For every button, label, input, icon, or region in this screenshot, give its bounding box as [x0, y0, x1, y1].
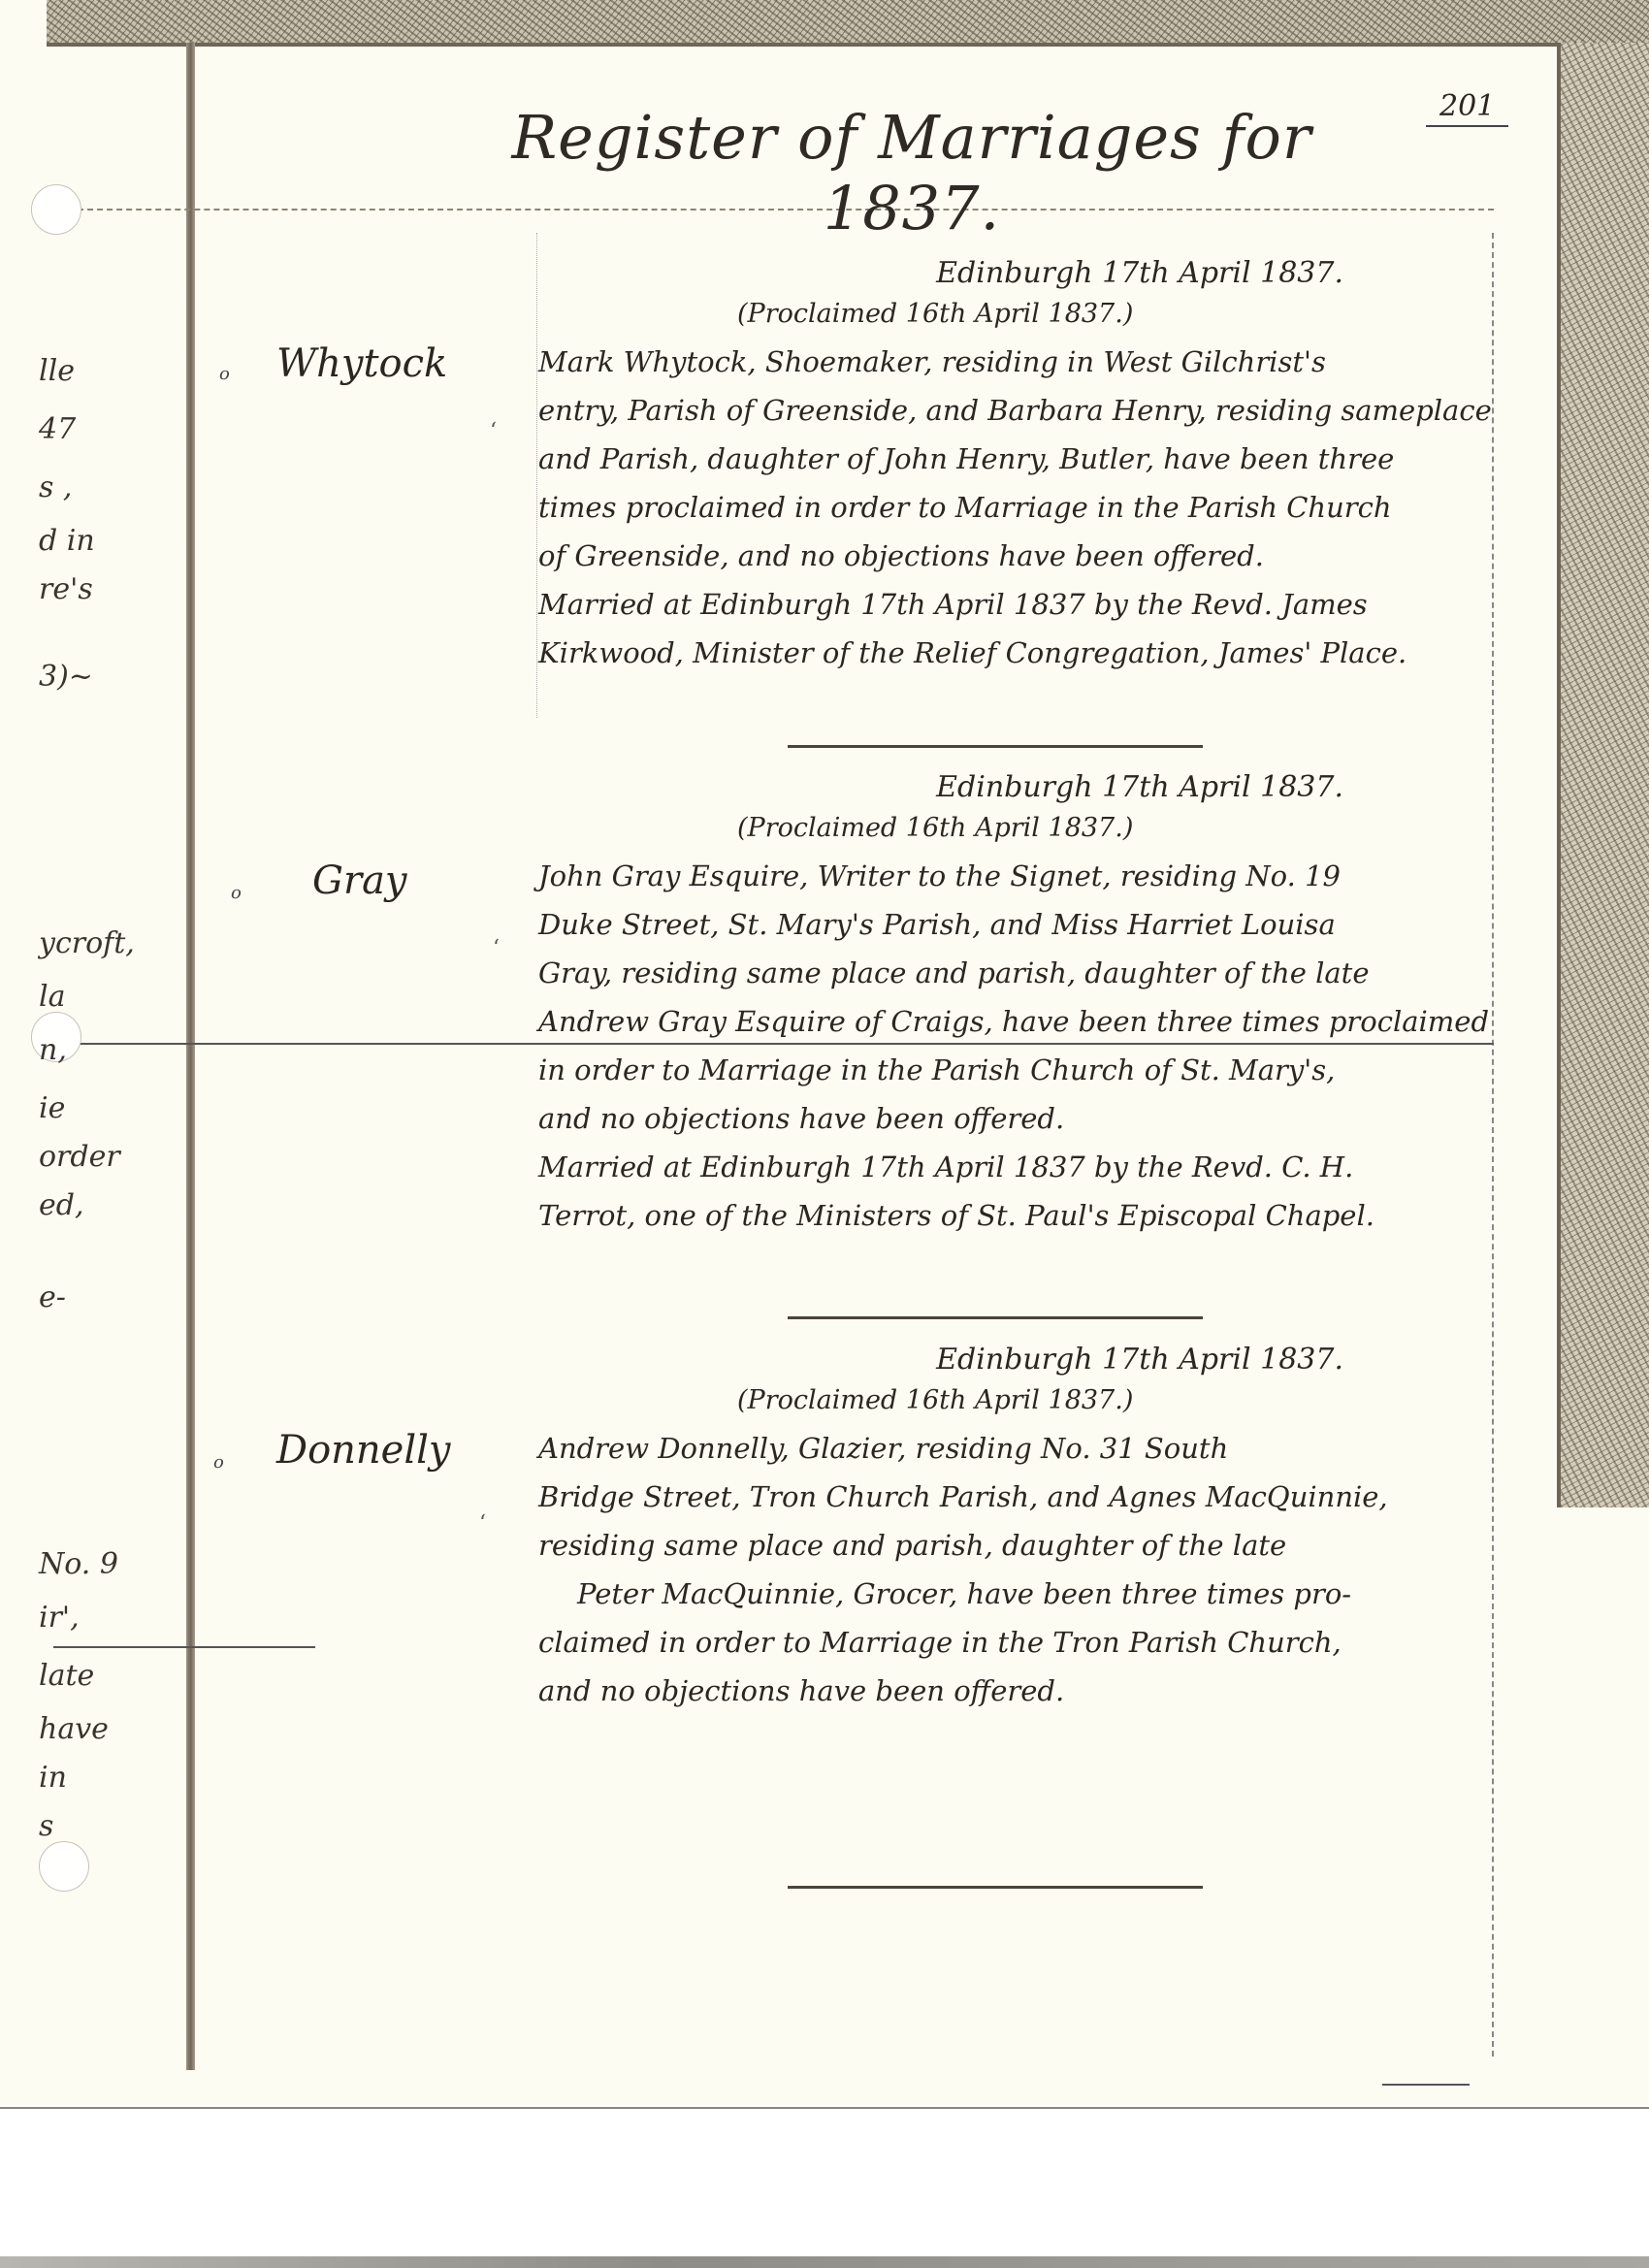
margin-fragment: s: [39, 1809, 53, 1843]
entry-separator: [788, 1886, 1203, 1889]
entry-separator: [788, 1316, 1203, 1319]
margin-fragment: la: [39, 980, 65, 1014]
entry-line: Kirkwood, Minister of the Relief Congreg…: [538, 629, 1499, 677]
fold-line: [53, 1646, 315, 1648]
index-mark: o: [219, 364, 230, 384]
margin-fragment: order: [39, 1140, 120, 1174]
entry-line: times proclaimed in order to Marriage in…: [538, 483, 1499, 532]
margin-fragment: e-: [39, 1280, 66, 1314]
margin-fragment: re's: [39, 572, 93, 606]
marriage-entry: Edinburgh 17th April 1837. (Proclaimed 1…: [538, 766, 1499, 1240]
page-title: Register of Marriages for 1837.: [427, 102, 1397, 243]
entry-proclaimed: (Proclaimed 16th April 1837.): [538, 809, 1499, 852]
margin-fragment: ie: [39, 1091, 65, 1125]
margin-fragment: in: [39, 1761, 67, 1795]
entry-proclaimed: (Proclaimed 16th April 1837.): [538, 295, 1499, 338]
margin-fragment: ycroft,: [39, 926, 135, 960]
entry-line: Peter MacQuinnie, Grocer, have been thre…: [538, 1570, 1499, 1618]
entry-line: of Greenside, and no objections have bee…: [538, 532, 1499, 580]
scan-border-top: [47, 0, 1649, 47]
entry-line: Married at Edinburgh 17th April 1837 by …: [538, 580, 1499, 629]
entry-line: Bridge Street, Tron Church Parish, and A…: [538, 1473, 1499, 1521]
column-divider: [536, 233, 537, 718]
entry-line: in order to Marriage in the Parish Churc…: [538, 1046, 1499, 1094]
margin-fragment: have: [39, 1712, 109, 1746]
margin-fragment: No. 9: [39, 1547, 118, 1581]
page-binding-rule: [186, 43, 195, 2070]
scan-edge: [0, 2107, 1649, 2109]
entry-line: and Parish, daughter of John Henry, Butl…: [538, 435, 1499, 483]
entry-line: Mark Whytock, Shoemaker, residing in Wes…: [538, 338, 1499, 386]
scanned-register-page: Register of Marriages for 1837. 201 lle …: [0, 0, 1649, 2105]
entry-line: Terrot, one of the Ministers of St. Paul…: [538, 1191, 1499, 1240]
punch-hole: [31, 184, 81, 235]
entry-separator: [788, 745, 1203, 748]
margin-fragment: lle: [39, 354, 75, 388]
entry-place-date: Edinburgh 17th April 1837.: [538, 1339, 1499, 1381]
entry-line: and no objections have been offered.: [538, 1094, 1499, 1143]
check-mark: ʻ: [490, 419, 497, 443]
marriage-entry: Edinburgh 17th April 1837. (Proclaimed 1…: [538, 252, 1499, 677]
entry-line: Duke Street, St. Mary's Parish, and Miss…: [538, 900, 1499, 949]
margin-fragment: 47: [39, 412, 76, 446]
entry-line: residing same place and parish, daughter…: [538, 1521, 1499, 1570]
margin-fragment: 3)~: [39, 660, 93, 694]
entry-line: and no objections have been offered.: [538, 1667, 1499, 1715]
margin-fragment: ed,: [39, 1188, 84, 1222]
margin-fragment: s ,: [39, 470, 72, 504]
entry-place-date: Edinburgh 17th April 1837.: [538, 252, 1499, 295]
entry-line: John Gray Esquire, Writer to the Signet,…: [538, 852, 1499, 900]
entry-surname: Donnelly: [276, 1428, 451, 1473]
entry-proclaimed: (Proclaimed 16th April 1837.): [538, 1381, 1499, 1424]
punch-hole: [39, 1841, 89, 1892]
entry-line: entry, Parish of Greenside, and Barbara …: [538, 386, 1499, 435]
entry-surname: Gray: [312, 859, 407, 903]
entry-line: claimed in order to Marriage in the Tron…: [538, 1618, 1499, 1667]
entry-place-date: Edinburgh 17th April 1837.: [538, 766, 1499, 809]
index-mark: o: [231, 883, 242, 903]
entry-line: Gray, residing same place and parish, da…: [538, 949, 1499, 997]
entry-line: Married at Edinburgh 17th April 1837 by …: [538, 1143, 1499, 1191]
index-mark: o: [213, 1452, 224, 1473]
margin-fragment: n,: [39, 1033, 67, 1067]
margin-fragment: d in: [39, 524, 95, 558]
corner-rule: [1382, 2084, 1470, 2086]
margin-fragment: ir',: [39, 1601, 80, 1635]
margin-fragment: late: [39, 1659, 94, 1693]
marriage-entry: Edinburgh 17th April 1837. (Proclaimed 1…: [538, 1339, 1499, 1715]
entry-surname: Whytock: [276, 341, 447, 386]
scanner-edge: [0, 2256, 1649, 2268]
entry-line: Andrew Donnelly, Glazier, residing No. 3…: [538, 1424, 1499, 1473]
entry-line: Andrew Gray Esquire of Craigs, have been…: [538, 997, 1499, 1046]
check-mark: ʻ: [479, 1511, 486, 1536]
check-mark: ʻ: [493, 936, 500, 960]
page-number: 201: [1426, 89, 1508, 127]
scan-border-right: [1557, 43, 1649, 1507]
